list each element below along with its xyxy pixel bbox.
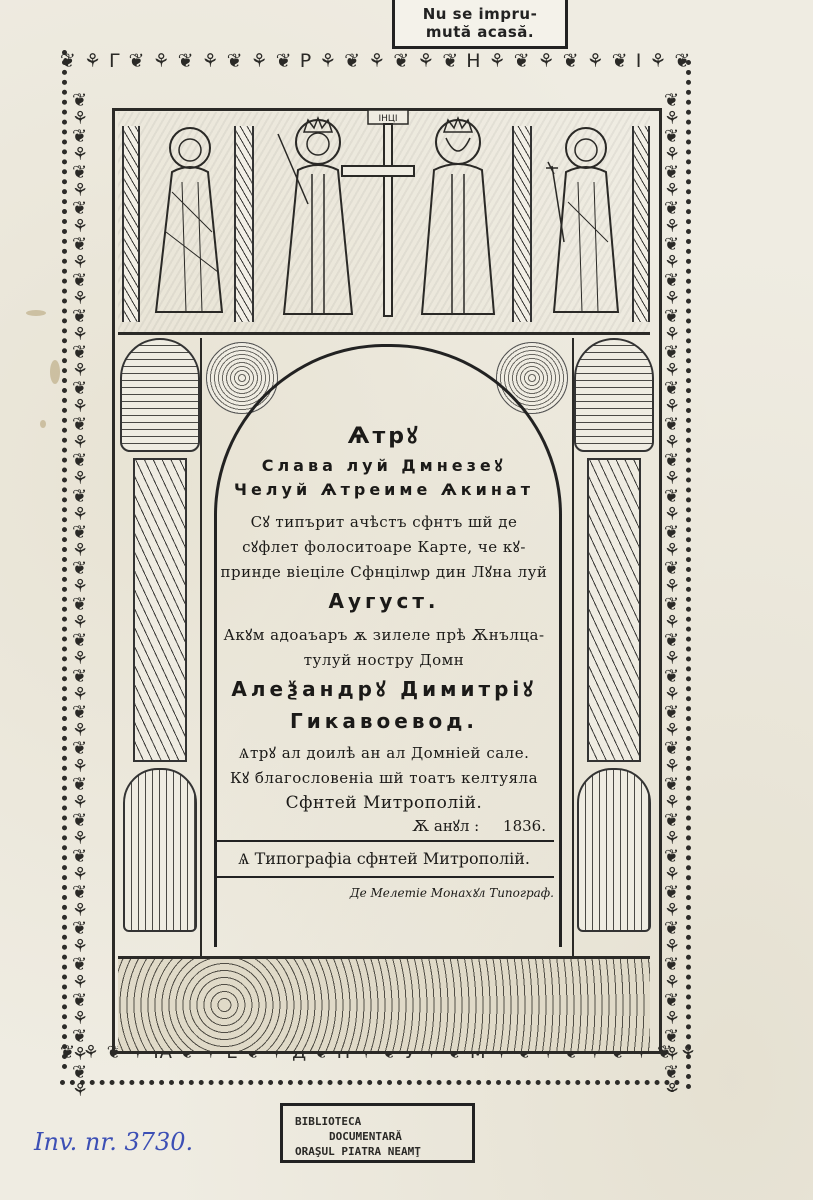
acanthus-foliage-band — [118, 956, 650, 1051]
paper-stain — [26, 310, 46, 316]
description-line-3: принде віеціле Сфнцілѡр дин Лꙋна луй — [214, 560, 554, 585]
paper-stain — [50, 360, 60, 384]
handwritten-inventory-number: Inv. nr. 3730. — [34, 1128, 193, 1156]
invocation-line-3: Челуй Ѧтреиме Ѧкинат — [214, 478, 554, 502]
pillar-capital — [574, 338, 654, 452]
reign-line-2: тулуй ностру Домн — [214, 648, 554, 673]
svg-text:IНЦI: IНЦI — [378, 114, 397, 124]
crowned-queen-figure-icon — [408, 114, 508, 322]
saint-figure-left-icon — [142, 122, 234, 322]
paper-stain — [40, 420, 46, 428]
cross-icon: IНЦI — [338, 108, 418, 318]
pillar-base — [577, 768, 651, 932]
invocation-heading: Ѧтрꙋ — [214, 420, 554, 450]
year-label: Ѫ анꙋл : — [412, 817, 479, 835]
invocation-line-2: Слава луй Дмнезеꙋ — [214, 454, 554, 478]
pillar-vine-shaft — [587, 458, 641, 762]
fleuron-border-right: ❦ ⚘ ❦ ⚘ ❦ ⚘ ❦ ⚘ ❦ ⚘ ❦ ⚘ ❦ ⚘ ❦ ⚘ ❦ ⚘ ❦ ⚘ … — [664, 92, 694, 1092]
stamp-line-1: Nu se impru- — [423, 5, 538, 23]
year-value: 1836. — [503, 817, 546, 835]
twisted-column — [512, 126, 532, 322]
divider-rule — [214, 876, 554, 878]
description-line-2: сꙋфлет фолоситоаре Карте, че кꙋ- — [214, 535, 554, 560]
stamp-city-line: ORAŞUL PIATRA NEAMŢ — [295, 1144, 472, 1159]
divider-rule — [214, 840, 554, 842]
reign-year-line: Ѧтрꙋ ал доилѣ ан ал Домніей сале. — [214, 741, 554, 766]
fleuron-border-top: ❦ ⚘ Г ❦ ⚘ ❦ ⚘ ❦ ⚘ ❦ Р ⚘ ❦ ⚘ ❦ ⚘ ❦ Н ⚘ ❦ … — [60, 52, 700, 96]
ornate-pillar-left — [120, 338, 200, 938]
twisted-column — [122, 126, 140, 322]
stamp-documentary-line: DOCUMENTARĂ — [295, 1129, 472, 1144]
ruler-title: Гикавоевод. — [214, 705, 554, 737]
blessing-line: Кꙋ благословеніа шй тоатъ келтуяла — [214, 766, 554, 791]
year-line: Ѫ анꙋл : 1836. — [214, 816, 554, 836]
stamp-line-2: mută acasă. — [426, 23, 534, 41]
description-line-1: Сꙋ типърит ачѣстъ сфнтъ шй де — [214, 510, 554, 535]
loan-restriction-stamp: Nu se impru- mută acasă. — [392, 0, 568, 49]
printer-credit: Де Мелетіе Монахꙋл Типограф. — [214, 882, 554, 904]
month-title: Аугуст. — [214, 585, 554, 617]
fleuron-border-left: ❦ ⚘ ❦ ⚘ ❦ ⚘ ❦ ⚘ ❦ ⚘ ❦ ⚘ ❦ ⚘ ❦ ⚘ ❦ ⚘ ❦ ⚘ … — [72, 92, 102, 1102]
woodcut-saints-band: IНЦI — [118, 112, 650, 335]
library-stamp: BIBLIOTECA DOCUMENTARĂ ORAŞUL PIATRA NEA… — [280, 1103, 475, 1163]
twisted-column — [234, 126, 254, 322]
title-text-block: Ѧтрꙋ Слава луй Дмнезеꙋ Челуй Ѧтреиме Ѧки… — [214, 420, 554, 904]
printing-house: Ѧ Типографіа сфнтей Митрополій. — [214, 846, 554, 872]
pillar-base — [123, 768, 197, 932]
saint-figure-right-icon — [538, 122, 630, 322]
ruler-name: Алеѯандрꙋ Димитріꙋ — [214, 673, 554, 705]
ornate-pillar-right — [574, 338, 654, 938]
metropolis-line: Сфнтей Митрополій. — [214, 791, 554, 816]
pillar-vine-shaft — [133, 458, 187, 762]
reign-line-1: Акꙋм адоаъаръ ѫ зилеле прѣ Ѫнълца- — [214, 623, 554, 648]
twisted-column — [632, 126, 650, 322]
pillar-capital — [120, 338, 200, 452]
stamp-library-line: BIBLIOTECA — [295, 1114, 472, 1129]
